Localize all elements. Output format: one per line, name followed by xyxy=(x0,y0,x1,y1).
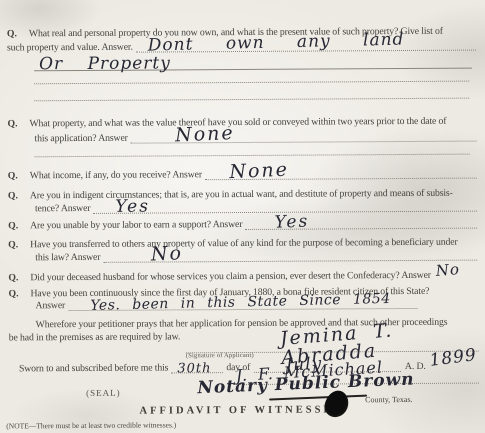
question-1-line-2: such property and value. Answer. Dont ow… xyxy=(7,39,476,54)
answer-line: None xyxy=(131,130,477,144)
question-8-answer-row: Answer Yes. been in this State Since 185… xyxy=(36,297,418,311)
question-label: Q. xyxy=(8,190,30,201)
question-text: this application? Answer xyxy=(34,133,127,145)
handwritten-answer: No xyxy=(435,262,460,279)
question-6-line-2: this law? Answer No xyxy=(35,249,477,264)
seal-label: (SEAL) xyxy=(86,388,121,398)
handwritten-answer: None xyxy=(229,161,289,182)
blank-answer-line xyxy=(34,81,469,85)
closing-text: be had in the premises as are required b… xyxy=(9,331,181,343)
question-label: Q. xyxy=(8,239,30,250)
question-text: tence? Answer xyxy=(35,203,91,214)
question-text: such property and value. Answer. xyxy=(7,42,133,54)
question-label: Q. xyxy=(8,170,30,181)
handwritten-answer: Dont own any land xyxy=(147,32,404,55)
question-label: Q. xyxy=(8,220,30,231)
blank-answer-line xyxy=(35,154,470,158)
question-label: Q. xyxy=(8,288,30,299)
sworn-text: Sworn to and subscribed before me this xyxy=(19,362,168,374)
question-text: What property, and what was the value th… xyxy=(29,116,446,130)
question-label: Q. xyxy=(7,118,29,129)
question-2-line-1: Q.What property, and what was the value … xyxy=(7,111,478,132)
handwritten-answer: Yes xyxy=(275,213,310,231)
question-4-line-2: tence? Answer Yes xyxy=(35,200,477,215)
handwritten-day: 30th xyxy=(177,362,211,375)
form-content: Q.What real and personal property do you… xyxy=(0,0,485,433)
question-2-line-2: this application? Answer None xyxy=(34,130,476,145)
handwritten-answer: Yes xyxy=(115,199,150,216)
answer-line: Dont own any land xyxy=(136,39,476,53)
notary-office-handwriting: Notary Public Brown xyxy=(197,371,416,433)
question-3: Q.What income, if any, do you receive? A… xyxy=(8,167,477,182)
question-text: this law? Answer xyxy=(35,252,100,263)
witness-note-text: (NOTE—There must be at least two credibl… xyxy=(6,420,176,430)
answer-line: Or Property xyxy=(34,56,472,72)
question-text: Are you unable by your labor to earn a s… xyxy=(30,219,242,231)
answer-line: None xyxy=(205,167,477,181)
question-text: What income, if any, do you receive? Ans… xyxy=(30,169,202,181)
witness-note: (NOTE—There must be at least two credibl… xyxy=(6,420,176,430)
blank-answer-line xyxy=(34,98,469,102)
pension-form-page: Q.What real and personal property do you… xyxy=(0,0,485,433)
handwritten-answer: No xyxy=(151,244,184,264)
question-label: Q. xyxy=(7,28,29,39)
answer-label: Answer xyxy=(36,300,66,311)
answer-line: Yes xyxy=(245,217,477,230)
handwritten-answer: None xyxy=(175,124,235,145)
answer-line: No xyxy=(103,249,477,263)
question-5: Q.Are you unable by your labor to earn a… xyxy=(8,217,477,232)
seal-text: (SEAL) xyxy=(86,388,121,398)
handwritten-answer: Or Property xyxy=(39,55,171,73)
day-blank: 30th xyxy=(171,361,223,373)
answer-line: Yes. been in this State Since 1854 xyxy=(68,297,417,311)
question-label: Q. xyxy=(8,272,30,283)
